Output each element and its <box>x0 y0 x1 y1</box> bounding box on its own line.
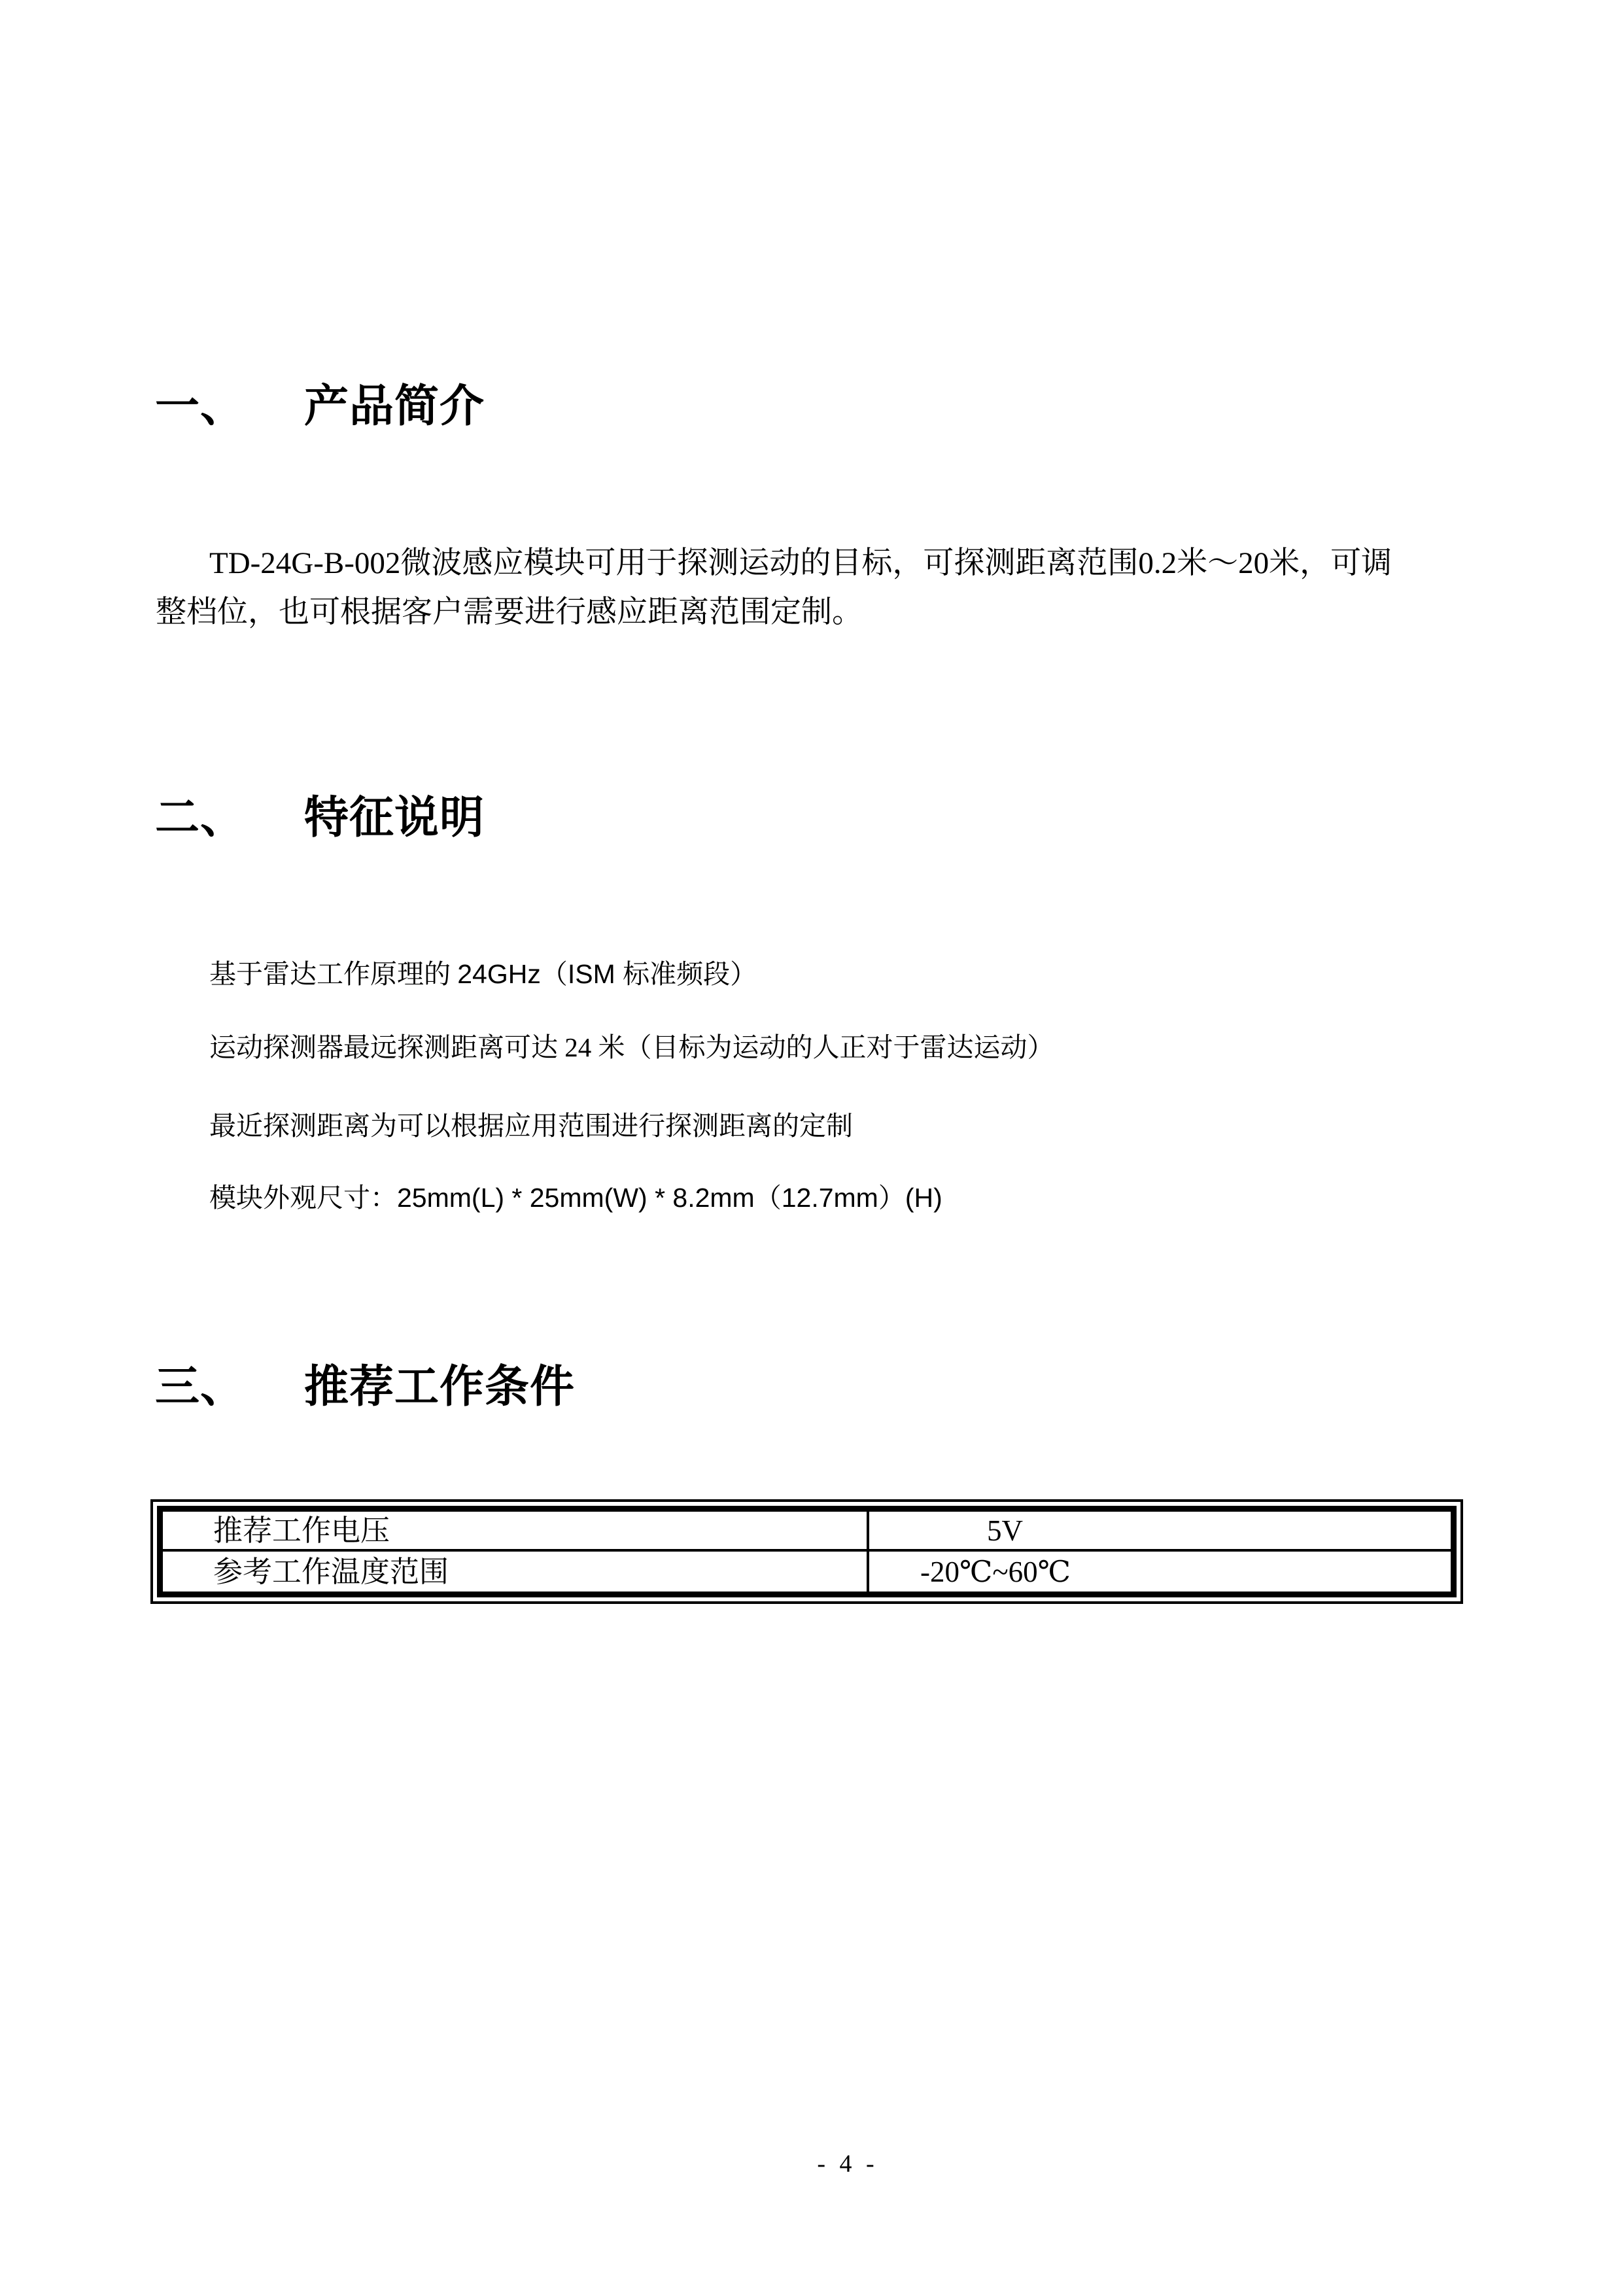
feature-text-cn: 最近探测距离为可以根据应用范围进行探测距离的定制 <box>209 1111 853 1141</box>
section-number: 二、 <box>155 795 304 841</box>
section-number: 三、 <box>155 1364 304 1410</box>
condition-label: 参考工作温度范围 <box>163 1552 869 1592</box>
page-number: - 4 - <box>782 2149 913 2178</box>
feature-item-dimensions: 模块外观尺寸：25mm(L) * 25mm(W) * 8.2mm（12.7mm）… <box>209 1183 942 1213</box>
feature-text-cn: 运动探测器最远探测距离可达 24 米（目标为运动的人正对于雷达运动） <box>209 1032 1054 1062</box>
section-title: 推荐工作条件 <box>304 1364 575 1410</box>
operating-conditions-table: 推荐工作电压 5V 参考工作温度范围 -20℃~60℃ <box>150 1499 1463 1604</box>
table-row-voltage: 推荐工作电压 5V <box>163 1512 1451 1552</box>
operating-conditions-table-inner: 推荐工作电压 5V 参考工作温度范围 -20℃~60℃ <box>157 1506 1457 1597</box>
intro-paragraph: TD-24G-B-002微波感应模块可用于探测运动的目标，可探测距离范围0.2米… <box>156 539 1490 637</box>
feature-text-en: 24GHz（ISM 标准频段） <box>457 959 757 989</box>
condition-value: -20℃~60℃ <box>869 1552 1451 1592</box>
intro-paragraph-line-1: TD-24G-B-002微波感应模块可用于探测运动的目标，可探测距离范围0.2米… <box>156 539 1490 588</box>
feature-item-max-distance: 运动探测器最远探测距离可达 24 米（目标为运动的人正对于雷达运动） <box>209 1032 1054 1062</box>
feature-item-frequency: 基于雷达工作原理的 24GHz（ISM 标准频段） <box>209 959 757 989</box>
table-row-temperature: 参考工作温度范围 -20℃~60℃ <box>163 1552 1451 1592</box>
feature-text-cn: 基于雷达工作原理的 <box>209 959 457 989</box>
section-number: 一、 <box>155 383 304 429</box>
section-title: 特征说明 <box>304 795 485 841</box>
section-heading-product-intro: 一、 产品简介 <box>155 383 485 429</box>
condition-value: 5V <box>869 1512 1451 1552</box>
section-heading-operating-conditions: 三、 推荐工作条件 <box>155 1364 575 1410</box>
feature-text-cn: 模块外观尺寸： <box>209 1183 397 1213</box>
document-page: 一、 产品简介 TD-24G-B-002微波感应模块可用于探测运动的目标，可探测… <box>0 0 1624 2296</box>
feature-item-min-distance: 最近探测距离为可以根据应用范围进行探测距离的定制 <box>209 1111 853 1141</box>
section-title: 产品简介 <box>304 383 485 429</box>
feature-text-en: 25mm(L) * 25mm(W) * 8.2mm（12.7mm）(H) <box>397 1183 942 1213</box>
condition-label: 推荐工作电压 <box>163 1512 869 1552</box>
intro-paragraph-line-2: 整档位，也可根据客户需要进行感应距离范围定制。 <box>156 588 1490 637</box>
section-heading-features: 二、 特征说明 <box>155 795 485 841</box>
